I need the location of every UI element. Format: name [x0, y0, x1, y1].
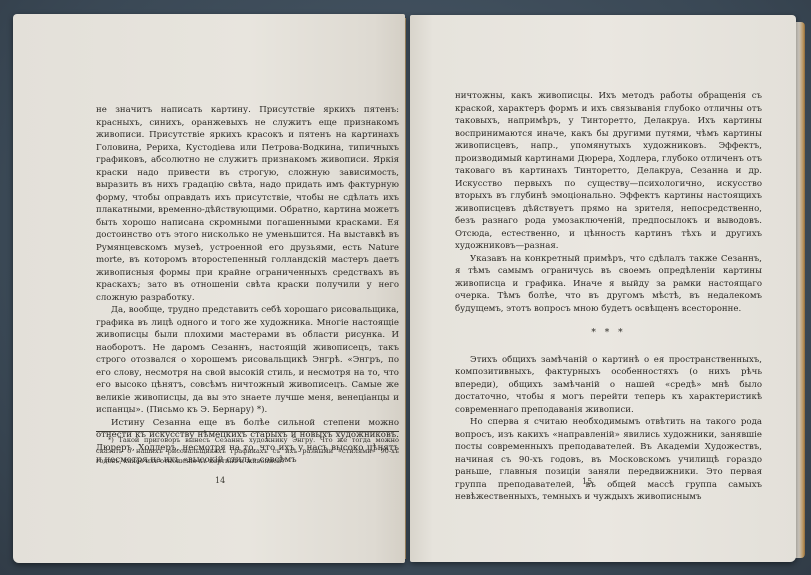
- footnote-line: *) Такой приговоръ вынесъ Сезаннъ художн…: [108, 436, 375, 444]
- text-line: очерка. Тѣмъ болѣе, что въ другомъ мѣстѣ…: [455, 291, 762, 301]
- left-page-body: не значитъ написать картину. Присутствiе…: [96, 104, 399, 467]
- left-page: не значитъ написать картину. Присутствiе…: [13, 14, 405, 563]
- text-line: цѣнятъ, совсѣмъ ничтожный живописецъ. Са…: [151, 380, 363, 390]
- paragraph: не значитъ написать картину. Присутствiе…: [96, 104, 399, 304]
- text-line: Истину Сезанна еще въ болѣе сильной степ…: [111, 418, 399, 428]
- text-line: достаточно, чтобы я могъ перейти теперь …: [455, 392, 762, 402]
- text-line: ковъ—разная.: [495, 241, 559, 251]
- text-line: будущемъ, этотъ вопросъ мною будетъ освѣ…: [455, 304, 741, 314]
- text-line: красныхъ, синихъ, оранжевыхъ не служитъ …: [96, 118, 399, 128]
- right-page-body: ничтожны, какъ живописцы. Ихъ методъ раб…: [455, 90, 762, 504]
- text-line: ничтожны, какъ живописцы. Ихъ методъ раб…: [455, 91, 693, 101]
- paragraph: Но сперва я считаю необходимымъ отвѣтить…: [455, 416, 762, 504]
- page-number-left: 14: [215, 476, 225, 485]
- section-asterism: * * *: [455, 327, 762, 340]
- text-line: Но сперва я считаю необходимымъ отвѣтить…: [470, 417, 736, 427]
- paragraph: ничтожны, какъ живописцы. Ихъ методъ раб…: [455, 90, 762, 253]
- paragraph: Этихъ общихъ замѣчанiй о картинѣ о ея пр…: [455, 354, 762, 417]
- paragraph: Указавъ на конкретный примѣръ, что сдѣла…: [455, 253, 762, 316]
- text-line: я тѣмъ самымъ ограничусь въ своемъ опред…: [455, 266, 762, 276]
- text-line: Указавъ на конкретный примѣръ, что сдѣла…: [470, 254, 762, 264]
- text-line: современнаго преподаванiя живописи.: [455, 405, 634, 415]
- page-number-right: 15: [582, 477, 592, 486]
- footnote-text: *) Такой приговоръ вынесъ Сезаннъ художн…: [96, 435, 399, 467]
- footnote: *) Такой приговоръ вынесъ Сезаннъ художн…: [96, 435, 399, 467]
- right-page: ничтожны, какъ живописцы. Ихъ методъ раб…: [410, 15, 796, 562]
- text-line: живописца и графика. Иначе я выйду за ра…: [455, 279, 762, 289]
- text-line: живописи. Присутствiе яркихъ красокъ и п…: [96, 130, 378, 140]
- text-line: не значитъ написать картину. Присутствiе…: [96, 105, 399, 115]
- text-line: Этихъ общихъ замѣчанiй о картинѣ о ея пр…: [470, 355, 736, 365]
- text-line: Да, вообще, трудно представить себѣ хоро…: [111, 305, 372, 315]
- footnote-divider: [96, 431, 399, 432]
- paragraph: Да, вообще, трудно представить себѣ хоро…: [96, 304, 399, 417]
